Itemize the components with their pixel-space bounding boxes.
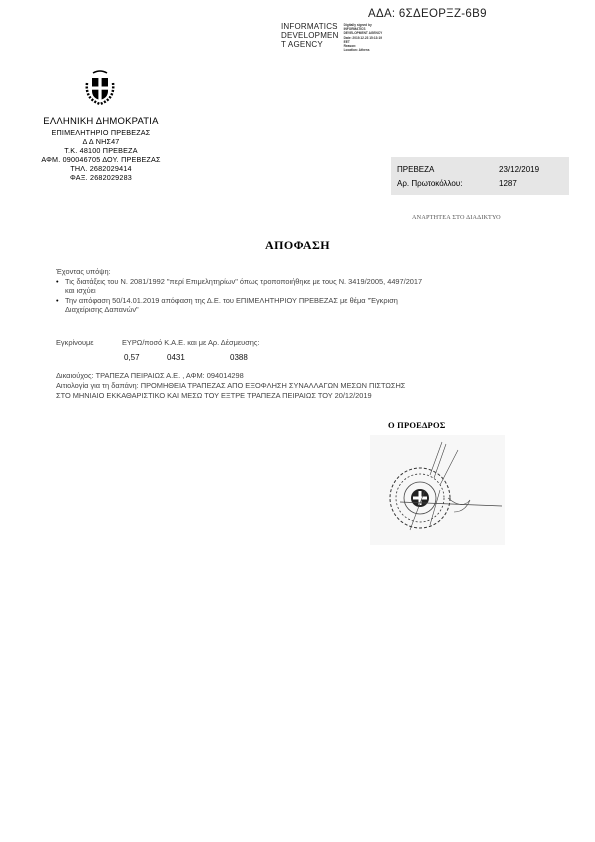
beneficiary-line: Δικαιούχος: ΤΡΑΠΕΖΑ ΠΕΙΡΑΙΩΣ Α.Ε. , ΑΦΜ:… (56, 371, 556, 381)
protocol-row: Αρ. Πρωτοκόλλου: 1287 (397, 179, 517, 188)
issuer-tax-id: ΑΦΜ. 090046705 ΔΟΥ. ΠΡΕΒΕΖΑΣ (30, 155, 172, 164)
issuer-name: ΕΠΙΜΕΛΗΤΗΡΙΟ ΠΡΕΒΕΖΑΣ (30, 128, 172, 137)
issuer-fax: ΦΑΞ. 2682029283 (30, 173, 172, 182)
president-title: Ο ΠΡΟΕΔΡΟΣ (388, 420, 446, 430)
kae-code: 0431 (167, 353, 185, 362)
signature-details: Digitally signed by INFORMATICS DEVELOPM… (344, 23, 383, 52)
signer-name: INFORMATICS DEVELOPMEN T AGENCY (281, 22, 339, 52)
issuer-phone: ΤΗΛ. 2682029414 (30, 164, 172, 173)
location: ΠΡΕΒΕΖΑ (397, 165, 499, 174)
amount: 0,57 (124, 353, 140, 362)
protocol-info-box: ΠΡΕΒΕΖΑ 23/12/2019 Αρ. Πρωτοκόλλου: 1287 (391, 157, 569, 195)
ada-number: ΑΔΑ: 6ΣΔΕΟΡΞΖ-6Β9 (368, 8, 487, 20)
reason-line-1: Αιτιολογία για τη δαπάνη: ΠΡΟΜΗΘΕΙΑ ΤΡΑΠ… (56, 381, 556, 391)
approval-label: Εγκρίνουμε (56, 338, 94, 348)
legal-basis-item: • Τις διατάξεις του Ν. 2081/1992 "περί Ε… (56, 277, 556, 296)
issuer-address: Δ Δ ΝΗΣ47 (30, 137, 172, 146)
issuer-block: ΕΛΛΗΝΙΚΗ ΔΗΜΟΚΡΑΤΙΑ ΕΠΙΜΕΛΗΤΗΡΙΟ ΠΡΕΒΕΖΑ… (30, 116, 172, 182)
greek-coat-of-arms-icon (82, 69, 118, 107)
protocol-number: 1287 (499, 179, 517, 188)
location-date-row: ΠΡΕΒΕΖΑ 23/12/2019 (397, 165, 539, 174)
official-seal-stamp-icon (370, 430, 510, 550)
country-name: ΕΛΛΗΝΙΚΗ ΔΗΜΟΚΡΑΤΙΑ (30, 116, 172, 127)
date: 23/12/2019 (499, 165, 539, 174)
legal-basis-item: • Την απόφαση 50/14.01.2019 απόφαση της … (56, 296, 556, 315)
bullet-icon: • (56, 277, 65, 296)
document-title: ΑΠΟΦΑΣΗ (0, 238, 595, 253)
publish-note: ΑΝΑΡΤΗΤΕΑ ΣΤΟ ΔΙΑΔΙΚΤΥΟ (412, 214, 501, 221)
reason-line-2: ΣΤΟ ΜΗΝΙΑΙΟ ΕΚΚΑΘΑΡΙΣΤΙΚΟ ΚΑΙ ΜΕΣΩ ΤΟΥ Ε… (56, 391, 556, 401)
digital-signature-block: INFORMATICS DEVELOPMEN T AGENCY Digitall… (281, 22, 382, 52)
bullet-icon: • (56, 296, 65, 315)
legal-basis-section: Έχοντας υπόψη: • Τις διατάξεις του Ν. 20… (56, 267, 556, 315)
issuer-postal-code: Τ.Κ. 48100 ΠΡΕΒΕΖΑ (30, 146, 172, 155)
protocol-label: Αρ. Πρωτοκόλλου: (397, 179, 499, 188)
commitment-number: 0388 (230, 353, 248, 362)
codes-header: ΕΥΡΩ/ποσό Κ.Α.Ε. και με Αρ. Δέσμευσης: (122, 338, 259, 348)
legal-basis-label: Έχοντας υπόψη: (56, 267, 556, 277)
